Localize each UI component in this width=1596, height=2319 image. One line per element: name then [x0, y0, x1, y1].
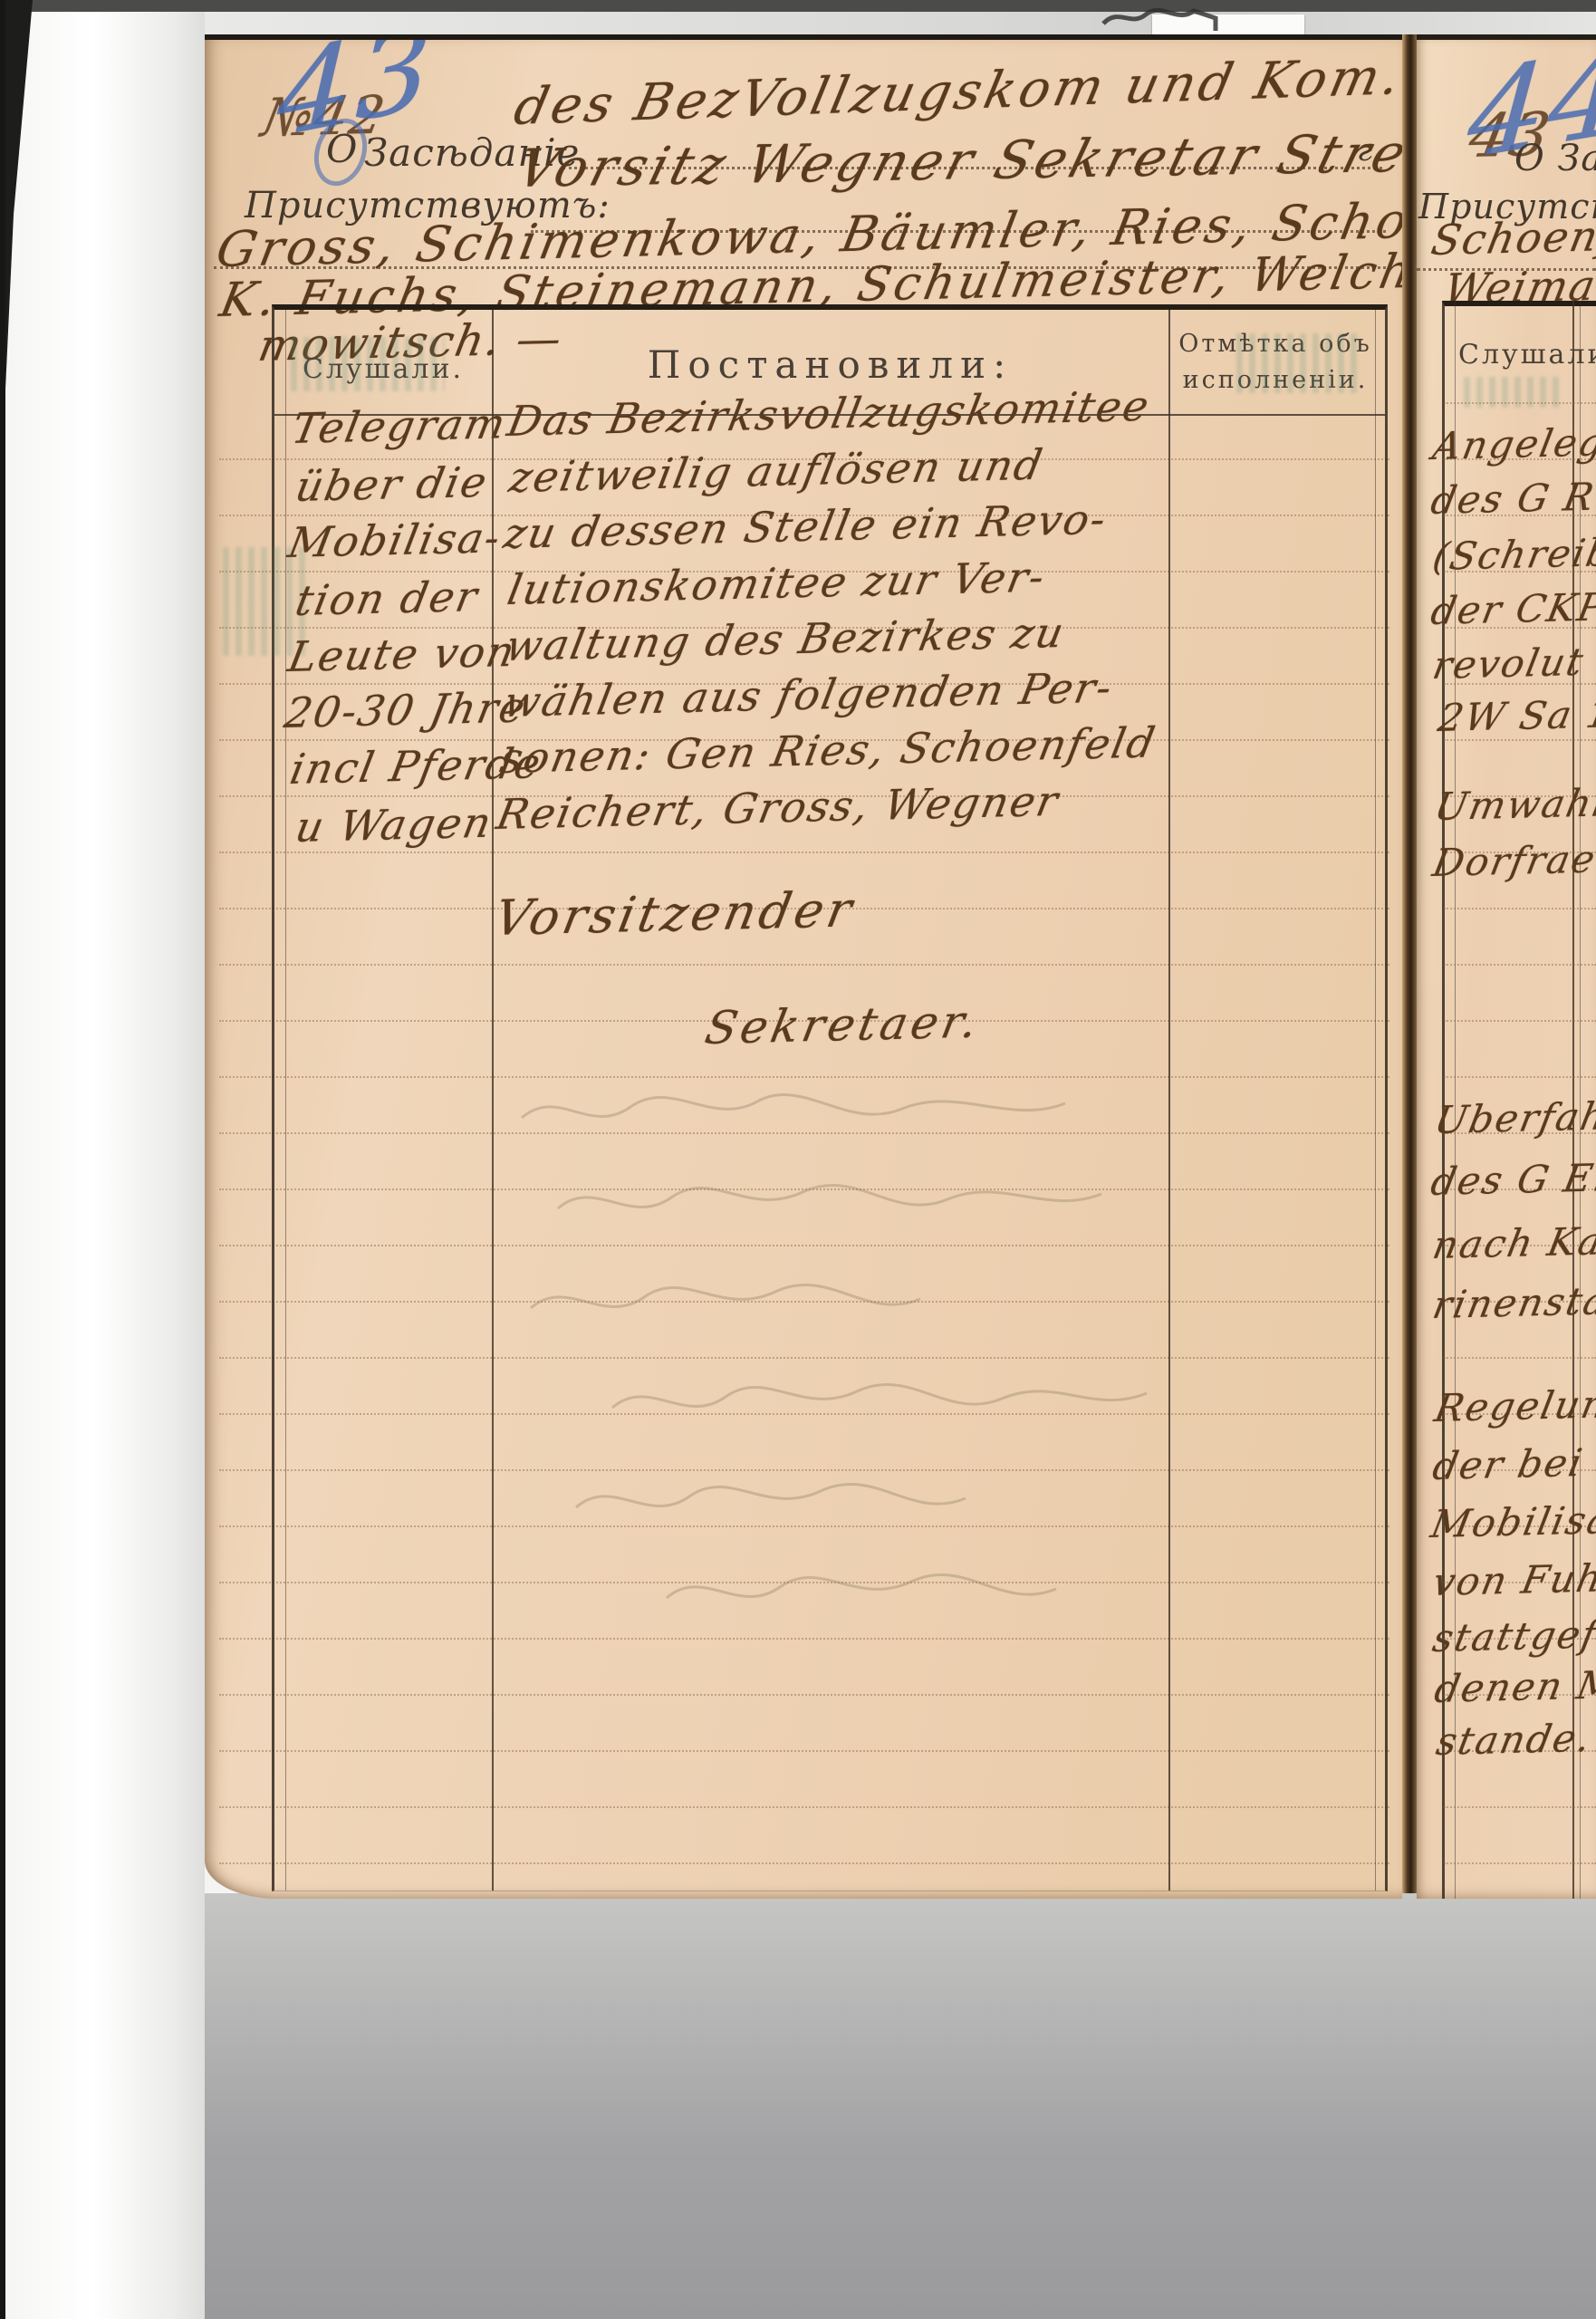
- agenda-entry-line: Angelegenhe: [1429, 418, 1596, 468]
- agenda-entry-line: stande. .: [1433, 1715, 1596, 1764]
- agenda-entry-line: von Fuhren: [1429, 1554, 1596, 1604]
- agenda-entry-line: revolut v: [1429, 639, 1596, 688]
- agenda-entry-line: Umwahl des: [1431, 778, 1596, 829]
- agenda-entry-line: rinenstadt: [1429, 1277, 1596, 1327]
- signature-sekretaer: Sekretaer.: [701, 996, 985, 1054]
- table-border-inner: [1375, 310, 1376, 1891]
- agenda-entry-line: Telegram: [288, 399, 511, 453]
- scanner-background-top: [205, 12, 1596, 36]
- scanner-background-left: [0, 12, 205, 2319]
- agenda-entry-line: der bei der: [1429, 1439, 1596, 1488]
- agenda-entry-line: Dorfraete: [1429, 836, 1596, 885]
- bleed-through-text: [291, 337, 445, 391]
- right-page: 43 44 О Засѣдан Присутствую Schoenfels, …: [1417, 34, 1596, 1899]
- agenda-entry-line: nach Katha-: [1429, 1217, 1596, 1267]
- scan-edge-line: [0, 0, 5, 2319]
- scanner-background-bottom: [205, 1893, 1596, 2319]
- agenda-entry-line: Regelung: [1431, 1381, 1596, 1430]
- agenda-entry-line: 2W Sa 1108: [1435, 689, 1596, 740]
- agenda-entry-line: 20-30 Jhre: [281, 683, 531, 737]
- agenda-entry-line: Leute von: [284, 627, 520, 681]
- agenda-entry-line: des G Emie: [1428, 1154, 1596, 1204]
- agenda-entry-line: des G Rudolf: [1428, 472, 1596, 523]
- tab-ink-mark: [1096, 0, 1232, 36]
- signature-vorsitzender: Vorsitzender: [490, 880, 860, 947]
- agenda-entry-line: (Schreiben: [1429, 529, 1596, 579]
- book-gutter: [1402, 34, 1417, 1893]
- scanner-dark-bar: [0, 0, 1596, 12]
- agenda-entry-line: Mobilisati: [1428, 1496, 1596, 1546]
- bleed-through-writing: [504, 1082, 1192, 1643]
- agenda-entry-line: u Wagen: [292, 798, 496, 852]
- agenda-entry-line: Uberfahrt: [1431, 1092, 1596, 1142]
- agenda-entry-line: stattgefun: [1429, 1611, 1596, 1660]
- agenda-entry-line: über die: [292, 457, 492, 511]
- agenda-entry-line: Mobilisa-: [284, 513, 505, 567]
- agenda-entry-line: tion der: [292, 572, 483, 625]
- agenda-entry-line: denen Mis: [1431, 1661, 1596, 1711]
- agenda-entry-line: der CKP Kom: [1428, 582, 1596, 633]
- bleed-through-text: [1236, 333, 1363, 393]
- table-header-resolved: Постановили:: [492, 342, 1168, 387]
- left-page: №42 43 О Засѣданіе г. des BezVollzugskom…: [205, 34, 1402, 1899]
